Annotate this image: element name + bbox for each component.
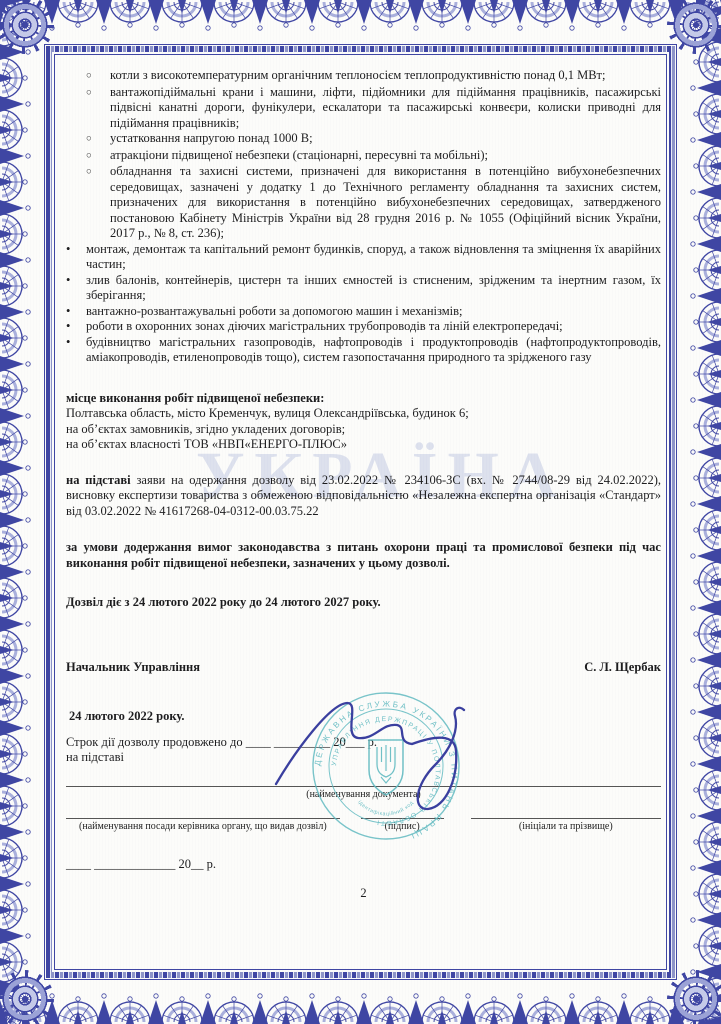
list-item-text: вантажопідіймальні крани і машини, ліфти… [110, 85, 661, 132]
list-item-text: котли з високотемпературним органічним т… [110, 68, 661, 85]
caption-position: (найменування посади керівника органу, щ… [66, 819, 340, 835]
circle-bullet-icon: ○ [86, 148, 110, 165]
location-heading: місце виконання робіт підвищеної небезпе… [66, 391, 661, 407]
column-position: (найменування посади керівника органу, щ… [66, 818, 340, 835]
condition-paragraph: за умови додержання вимог законодавства … [66, 540, 661, 571]
list-item: • вантажно-розвантажувальні роботи за до… [66, 304, 661, 320]
list-item: • злив балонів, контейнерів, цистерн та … [66, 273, 661, 304]
border-lace-bottom [0, 978, 721, 1024]
list-item: • роботи в охоронних зонах діючих магіст… [66, 319, 661, 335]
hazard-mainlist: • монтаж, демонтаж та капітальний ремонт… [66, 242, 661, 366]
circle-bullet-icon: ○ [86, 164, 110, 242]
list-item-text: устатковання напругою понад 1000 В; [110, 131, 661, 148]
signer-name: С. Л. Щербак [584, 660, 661, 676]
page-number: 2 [66, 886, 661, 902]
location-line: на об’єктах власності ТОВ «НВП«ЕНЕРГО-ПЛ… [66, 437, 661, 453]
issue-date: 24 лютого 2022 року. [66, 709, 661, 725]
border-lace-top [0, 0, 721, 46]
list-item-text: роботи в охоронних зонах діючих магістра… [86, 319, 661, 335]
permit-document-page: УКРАЇНА ○ котли з високотемпературним ор… [0, 0, 721, 1024]
list-item: ○ атракціони підвищеної небезпеки (стаці… [86, 148, 661, 165]
border-lace-right [675, 0, 721, 1024]
list-item: ○ обладнання та захисні системи, признач… [86, 164, 661, 242]
list-item: ○ устатковання напругою понад 1000 В; [86, 131, 661, 148]
border-rosette-bottom-left [0, 970, 54, 1024]
circle-bullet-icon: ○ [86, 68, 110, 85]
circle-bullet-icon: ○ [86, 85, 110, 132]
validity-paragraph: Дозвіл діє з 24 лютого 2022 року до 24 л… [66, 595, 661, 611]
border-rosette-bottom-right [667, 970, 721, 1024]
list-item: • монтаж, демонтаж та капітальний ремонт… [66, 242, 661, 273]
extension-basis: на підставі [66, 750, 661, 766]
column-initials: (ініціали та прізвище) [471, 818, 661, 835]
border-lace-left [0, 0, 46, 1024]
signer-title: Начальник Управління [66, 660, 200, 676]
list-item-text: обладнання та захисні системи, призначен… [110, 164, 661, 242]
column-signature: (підпис) [361, 818, 444, 835]
disc-bullet-icon: • [66, 242, 86, 273]
list-item-text: вантажно-розвантажувальні роботи за допо… [86, 304, 661, 320]
caption-initials: (ініціали та прізвище) [471, 819, 661, 835]
disc-bullet-icon: • [66, 335, 86, 366]
basis-text: заяви на одержання дозволу від 23.02.202… [66, 473, 661, 518]
list-item-text: злив балонів, контейнерів, цистерн та ін… [86, 273, 661, 304]
basis-lead: на підставі [66, 473, 131, 487]
basis-paragraph: на підставі заяви на одержання дозволу в… [66, 473, 661, 520]
disc-bullet-icon: • [66, 304, 86, 320]
caption-signature: (підпис) [361, 819, 444, 835]
list-item: ○ вантажопідіймальні крани і машини, ліф… [86, 85, 661, 132]
disc-bullet-icon: • [66, 273, 86, 304]
location-line: на об’єктах замовників, згідно укладених… [66, 422, 661, 438]
border-rosette-top-left [0, 0, 54, 54]
location-line: Полтавська область, місто Кременчук, вул… [66, 406, 661, 422]
caption-document-name: (найменування документа) [66, 787, 661, 803]
list-item-text: будівництво магістральних газопроводів, … [86, 335, 661, 366]
list-item-text: атракціони підвищеної небезпеки (стаціон… [110, 148, 661, 165]
list-item-text: монтаж, демонтаж та капітальний ремонт б… [86, 242, 661, 273]
signature-columns: (найменування посади керівника органу, щ… [66, 818, 661, 835]
border-rosette-top-right [667, 0, 721, 54]
signer-row: Начальник Управління С. Л. Щербак [66, 660, 661, 676]
hazard-sublist: ○ котли з високотемпературним органічним… [66, 68, 661, 242]
list-item: ○ котли з високотемпературним органічним… [86, 68, 661, 85]
document-body: ○ котли з високотемпературним органічним… [58, 56, 667, 976]
blank-date-line: ____ _____________ 20__ р. [66, 857, 661, 873]
list-item: • будівництво магістральних газопроводів… [66, 335, 661, 366]
disc-bullet-icon: • [66, 319, 86, 335]
extension-line: Строк дії дозволу продовжено до ____ ___… [66, 735, 661, 751]
circle-bullet-icon: ○ [86, 131, 110, 148]
